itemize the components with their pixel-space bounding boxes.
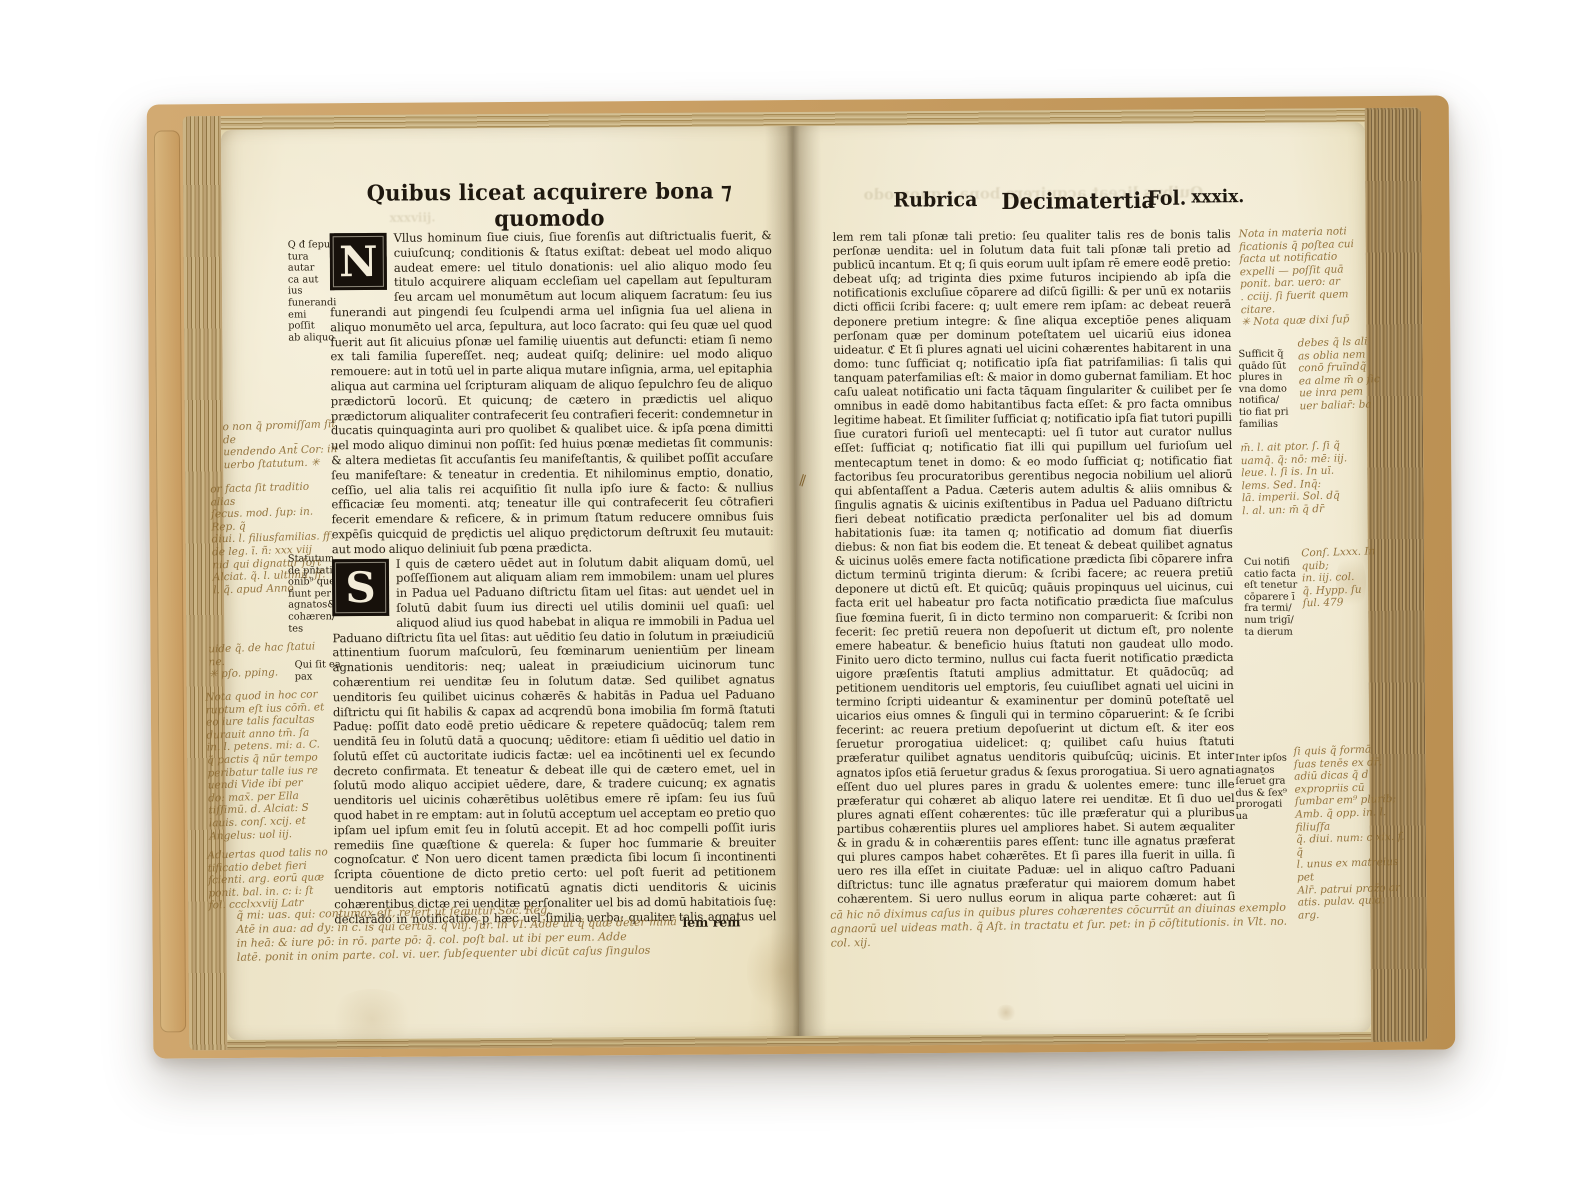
decorated-initial-S: S [332, 558, 389, 615]
decorated-initial-N: N [330, 233, 387, 290]
left-paragraph-1: Vllus hominum ſiue ciuis, ſiue forenſis … [330, 228, 774, 556]
right-body-text: lem rem tali pſonæ tali pretio: ſeu qual… [833, 227, 1236, 908]
right-header-title: Decimatertia [1001, 187, 1155, 214]
right-hand-note-a: debes q̃ ls ali as oblia nem conō fruīnd… [1298, 335, 1388, 413]
left-body-text: NVllus hominum ſiue ciuis, ſiue forenſis… [330, 228, 777, 927]
right-hand-note-top: Nota in materia noti ficationis q̄ poſte… [1239, 225, 1372, 329]
right-hand-note-d: ſi quis q̃ formā ſuas tenēs ex dr̄. adiū… [1293, 743, 1408, 922]
stain [995, 1005, 1017, 1021]
left-hand-note-4: Nota quod in hoc cor ruptum eſt ius cōm̄… [205, 688, 339, 843]
right-header-fol: Fol. [1147, 187, 1186, 210]
right-margin-note-printed-3: Inter ipſos agnatos ſeruet̄ gra dus & ſe… [1235, 753, 1295, 823]
left-margin-note-printed-1: Q đ ſepul tura autar ca aut ius funerand… [288, 239, 335, 344]
right-header-folio-number: xxxix. [1191, 186, 1244, 207]
left-hand-note-5: Aduertas quod talis no tificatio debet f… [207, 846, 339, 913]
right-bottom-annotation: cā hic nō diximus caſus in quibus plures… [830, 899, 1371, 950]
open-spread: xxxviij. Quibus liceat acquirere bona ⁊ … [221, 122, 1371, 1040]
left-hand-note-1: o non q̃ promiſſam ſit de uendendo Ant̄ … [222, 418, 343, 472]
right-margin-note-printed-1: Sufficit q̃ quādo ſūt plures in vna domo… [1238, 349, 1295, 431]
left-paragraph-2: I quis de cætero uēdet aut in ſolutum da… [332, 554, 776, 928]
right-margin-note-printed-2: Cui notifi catio facta eſt tenetur cōpar… [1244, 557, 1303, 639]
left-page: xxxviij. Quibus liceat acquirere bona ⁊ … [221, 126, 799, 1040]
right-paragraph-1: lem rem tali pſonæ tali pretio: ſeu qual… [833, 227, 1236, 908]
left-bottom-annotation: q̃ mi: uas. qui: contumax eſt, refert ut… [236, 899, 787, 965]
page-block: xxxviij. Quibus liceat acquirere bona ⁊ … [183, 108, 1427, 1051]
right-hand-note-b: m̄. l. ait ptor. ſ. ſi q̃ uamq̄. q̃: nō:… [1240, 439, 1370, 518]
right-header-rubrica: Rubrica [893, 188, 977, 212]
right-hand-note-c: Conſ. Lxxx. In quib; in. iij. col. q̃. H… [1301, 545, 1389, 610]
cover-turn-in [154, 130, 186, 1032]
book-cover: xxxviij. Quibus liceat acquirere bona ⁊ … [147, 95, 1456, 1058]
margin-slash-mark: ∥ [797, 473, 807, 489]
left-running-title: Quibus liceat acquirere bona ⁊ quomodo [325, 177, 773, 233]
right-page: Quibus liceat acquirere bona ⁊ quomodo R… [793, 122, 1371, 1036]
